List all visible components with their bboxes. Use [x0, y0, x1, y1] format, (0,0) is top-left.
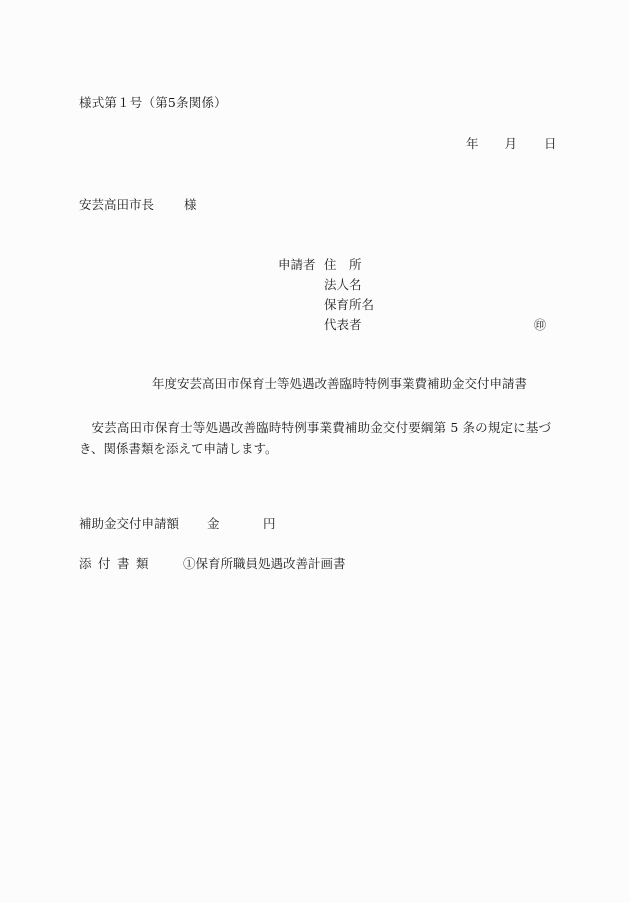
- seal-icon: ㊞: [534, 319, 546, 331]
- attachment-item: ①保育所職員処遇改善計画書: [183, 556, 346, 571]
- addressee: 安芸高田市長様: [79, 199, 197, 212]
- addressee-honorific: 様: [184, 197, 197, 212]
- corporation-name-label: 法人名: [324, 279, 362, 292]
- body-paragraph: 安芸高田市保育士等処遇改善臨時特例事業費補助金交付要綱第 5 条の規定に基づき、…: [79, 417, 551, 459]
- applicant-label: 申請者: [278, 259, 316, 272]
- addressee-name: 安芸高田市長: [79, 199, 184, 212]
- nursery-name-label: 保育所名: [324, 299, 374, 312]
- document-title: 年度安芸高田市保育士等処遇改善臨時特例事業費補助金交付申請書: [152, 378, 527, 391]
- attachments-label: 添付書類: [79, 558, 183, 571]
- representative-label: 代表者: [324, 319, 362, 332]
- address-field-label: 住 所: [324, 259, 362, 272]
- amount-unit: 円: [263, 516, 276, 531]
- date-month-label: 月: [505, 138, 518, 151]
- amount-label: 補助金交付申請額: [79, 518, 207, 531]
- date-day-label: 日: [544, 138, 557, 151]
- attachments-row: 添付書類①保育所職員処遇改善計画書: [79, 558, 346, 571]
- amount-row: 補助金交付申請額金円: [79, 518, 276, 531]
- date-line: 年月日: [466, 138, 557, 151]
- date-year-label: 年: [466, 138, 479, 151]
- form-number: 様式第１号（第5条関係）: [79, 97, 227, 110]
- amount-prefix: 金: [207, 518, 263, 531]
